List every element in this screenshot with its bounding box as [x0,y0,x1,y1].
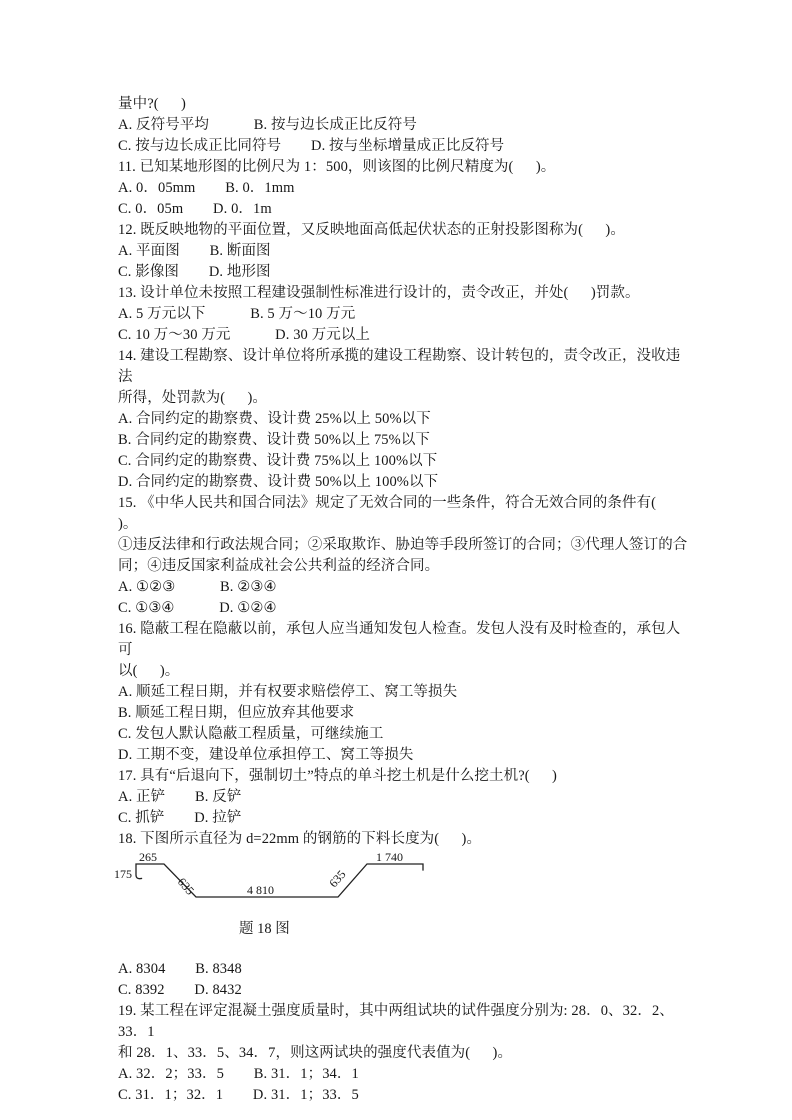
text-line: C. 8392 D. 8432 [118,980,690,1001]
text-line: C. 10 万～30 万元 D. 30 万元以上 [118,325,690,346]
text-line: C. 按与边长成正比同符号 D. 按与坐标增量成正比反符号 [118,136,690,157]
text-line: A. 顺延工程日期，并有权要求赔偿停工、窝工等损失 [118,682,690,703]
text-line: C. 31．1；32．1 D. 31．1；33．5 [118,1085,690,1106]
text-line: D. 合同约定的勘察费、设计费 50%以上 100%以下 [118,472,690,493]
text-line: 14. 建设工程勘察、设计单位将所承揽的建设工程勘察、设计转包的，责令改正，没收… [118,346,690,388]
text-line: A. 反符号平均 B. 按与边长成正比反符号 [118,115,690,136]
figure-caption: 题 18 图 [112,919,690,939]
rebar-figure-drawing: 175 265 635 4 810 635 1 740 [112,852,442,910]
text-line: 18. 下图所示直径为 d=22mm 的钢筋的下料长度为( )。 [118,829,690,850]
text-line: A. 0．05mm B. 0．1mm [118,178,690,199]
text-line: 12. 既反映地物的平面位置，又反映地面高低起伏状态的正射投影图称为( )。 [118,220,690,241]
exam-page: 量中?( ) A. 反符号平均 B. 按与边长成正比反符号 C. 按与边长成正比… [0,0,792,1120]
text-line: A. 32．2；33．5 B. 31．1；34．1 [118,1064,690,1085]
text-line: A. 正铲 B. 反铲 [118,787,690,808]
text-line: ①违反法律和行政法规合同；②采取欺诈、胁迫等手段所签订的合同；③代理人签订的合 [118,535,690,556]
exam-content: 量中?( ) A. 反符号平均 B. 按与边长成正比反符号 C. 按与边长成正比… [118,94,690,1106]
text-line: C. 合同约定的勘察费、设计费 75%以上 100%以下 [118,451,690,472]
text-line: 19. 某工程在评定混凝土强度质量时，其中两组试块的试件强度分别为: 28．0、… [118,1001,690,1043]
dim-label-635-right: 635 [326,867,348,890]
text-line: 量中?( ) [118,94,690,115]
text-line: A. 5 万元以下 B. 5 万～10 万元 [118,304,690,325]
text-line: C. ①③④ D. ①②④ [118,598,690,619]
post-figure-lines: A. 8304 B. 8348 C. 8392 D. 8432 19. 某工程在… [118,959,690,1106]
text-line: C. 影像图 D. 地形图 [118,262,690,283]
dim-label-265: 265 [139,852,157,864]
text-line: 16. 隐蔽工程在隐蔽以前，承包人应当通知发包人检查。发包人没有及时检查的，承包… [118,619,690,661]
text-line: 以( )。 [118,661,690,682]
text-line: 和 28．1、33．5、34．7，则这两试块的强度代表值为( )。 [118,1043,690,1064]
text-line: C. 抓铲 D. 拉铲 [118,808,690,829]
text-line: B. 合同约定的勘察费、设计费 50%以上 75%以下 [118,430,690,451]
text-line: A. 8304 B. 8348 [118,959,690,980]
text-line: 17. 具有“后退向下，强制切土”特点的单斗挖土机是什么挖土机?( ) [118,766,690,787]
text-line: 11. 已知某地形图的比例尺为 1：500，则该图的比例尺精度为( )。 [118,157,690,178]
text-line: 所得，处罚款为( )。 [118,388,690,409]
rebar-figure: 175 265 635 4 810 635 1 740 题 18 图 [112,852,690,939]
text-line: 同；④违反国家利益成社会公共利益的经济合同。 [118,556,690,577]
text-line: A. 平面图 B. 断面图 [118,241,690,262]
text-line: 15. 《中华人民共和国合同法》规定了无效合同的一些条件，符合无效合同的条件有(… [118,493,690,535]
dim-label-4810: 4 810 [247,883,274,897]
text-line: B. 顺延工程日期，但应放弃其他要求 [118,703,690,724]
text-line: C. 发包人默认隐蔽工程质量，可继续施工 [118,724,690,745]
text-line: C. 0．05m D. 0．1m [118,199,690,220]
text-line: A. ①②③ B. ②③④ [118,577,690,598]
dim-label-1740: 1 740 [376,852,403,864]
dim-label-175: 175 [114,867,132,881]
text-line: A. 合同约定的勘察费、设计费 25%以上 50%以下 [118,409,690,430]
text-line: D. 工期不变，建设单位承担停工、窝工等损失 [118,745,690,766]
text-line: 13. 设计单位未按照工程建设强制性标准进行设计的，责令改正，并处( )罚款。 [118,283,690,304]
